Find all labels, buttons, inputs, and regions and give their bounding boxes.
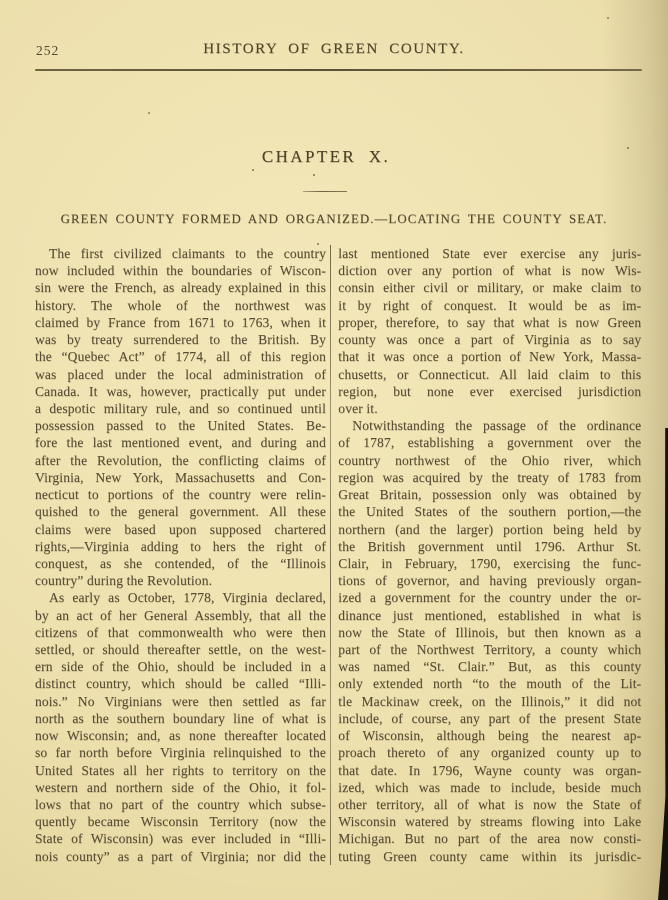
text-line: region was acquired by the treaty of 178… <box>338 469 641 486</box>
text-line: settled, or should thereafter settle, on… <box>35 641 326 658</box>
left-column: The first civilized claimants to the cou… <box>35 245 326 865</box>
text-line: was by treaty surrendered to the British… <box>35 331 326 348</box>
text-line: As early as October, 1778, Virginia decl… <box>35 589 326 606</box>
text-line: ized, which was made to include, beside … <box>338 779 641 796</box>
text-line: northern (and the larger) portion being … <box>338 521 641 538</box>
text-line: only extended north “to the mouth of the… <box>338 675 641 692</box>
text-line: necticut to portions of the country were… <box>35 486 326 503</box>
text-line: chusetts, or Connecticut. All laid claim… <box>338 366 641 383</box>
text-line: dinance just mentioned, established in w… <box>338 607 641 624</box>
text-line: citizens of that commonwealth who were t… <box>35 624 326 641</box>
text-line: quently became Wisconsin Territory (now … <box>35 813 326 830</box>
text-line: the British government until 1796. Arthu… <box>338 538 641 555</box>
text-line: a despotic military rule, and so continu… <box>35 400 326 417</box>
text-line: Virginia, New York, Massachusetts and Co… <box>35 469 326 486</box>
text-line: quished to the general government. All t… <box>35 503 326 520</box>
text-line: fore the last mentioned event, and durin… <box>35 434 326 451</box>
scan-speck <box>252 169 254 171</box>
section-heading: GREEN COUNTY FORMED AND ORGANIZED.—LOCAT… <box>8 212 660 227</box>
running-head: HISTORY OF GREEN COUNTY. <box>0 41 668 58</box>
scan-speck <box>148 112 150 114</box>
text-line: distinct country, which should be called… <box>35 675 326 692</box>
text-line: tions of governor, and having previously… <box>338 572 641 589</box>
text-line: over it. <box>338 400 641 417</box>
text-line: proach thereto of any organized county u… <box>338 744 641 761</box>
text-line: proper, therefore, to say that what is n… <box>338 314 641 331</box>
scan-speck <box>607 17 609 19</box>
text-line: possession passed to the United States. … <box>35 417 326 434</box>
text-line: diction over any portion of what is now … <box>338 262 641 279</box>
chapter-rule <box>303 191 347 192</box>
text-line: was placed under the local administratio… <box>35 366 326 383</box>
text-line: State of Wisconsin) was ever included in… <box>35 830 326 847</box>
text-line: it by right of conquest. It would be as … <box>338 297 641 314</box>
text-line: other territory, all of what is now the … <box>338 796 641 813</box>
scan-edge-tear <box>658 428 668 900</box>
text-line: north as the southern boundary line of w… <box>35 710 326 727</box>
text-line: The first civilized claimants to the cou… <box>35 245 326 262</box>
right-column: last mentioned State ever exercise any j… <box>338 245 641 865</box>
text-line: nois county” as a part of Virginia; nor … <box>35 848 326 865</box>
text-line: consin either civil or military, or make… <box>338 279 641 296</box>
text-line: Notwithstanding the passage of the ordin… <box>338 417 641 434</box>
text-line: western and northern side of the Ohio, i… <box>35 779 326 796</box>
text-line: of Wisconsin, although being the nearest… <box>338 727 641 744</box>
text-line: claims were based upon supposed chartere… <box>35 521 326 538</box>
text-line: lows that no part of the country which s… <box>35 796 326 813</box>
text-line: history. The whole of the northwest was <box>35 297 326 314</box>
text-line: that it was once a portion of New York, … <box>338 348 641 365</box>
text-line: Great Britain, possession only was obtai… <box>338 486 641 503</box>
scan-speck <box>317 243 319 245</box>
text-line: the “Quebec Act” of 1774, all of this re… <box>35 348 326 365</box>
text-line: so far north before Virginia relinquishe… <box>35 744 326 761</box>
text-line: ized a government for the country under … <box>338 589 641 606</box>
text-line: now the State of Illinois, but then know… <box>338 624 641 641</box>
text-line: country” during the Revolution. <box>35 572 326 589</box>
text-line: was named “St. Clair.” But, as this coun… <box>338 658 641 675</box>
text-line: rights,—Virginia adding to hers the righ… <box>35 538 326 555</box>
text-line: claimed by France from 1671 to 1763, whe… <box>35 314 326 331</box>
header-rule <box>35 69 642 71</box>
text-line: United States all her rights to territor… <box>35 762 326 779</box>
text-line: part of the Northwest Territory, a count… <box>338 641 641 658</box>
text-line: the United States of the southern portio… <box>338 503 641 520</box>
text-line: now included within the boundaries of Wi… <box>35 262 326 279</box>
text-line: country northwest of the Ohio river, whi… <box>338 452 641 469</box>
text-line: tuting Green county came within its juri… <box>338 848 641 865</box>
text-line: by an act of her General Assembly, that … <box>35 607 326 624</box>
chapter-heading: CHAPTER X. <box>0 147 652 167</box>
two-column-body: The first civilized claimants to the cou… <box>35 245 642 865</box>
text-line: region, but none ever exercised jurisdic… <box>338 383 641 400</box>
text-line: conquest, as she contended, of the “Illi… <box>35 555 326 572</box>
text-line: tle Mackinaw creek, on the Illinois,” it… <box>338 693 641 710</box>
text-line: ern side of the Ohio, should be included… <box>35 658 326 675</box>
text-line: of 1787, establishing a government over … <box>338 434 641 451</box>
text-line: Canada. It was, however, practically put… <box>35 383 326 400</box>
text-line: after the Revolution, the conflicting cl… <box>35 452 326 469</box>
text-line: Michigan. But no part of the area now co… <box>338 830 641 847</box>
text-line: last mentioned State ever exercise any j… <box>338 245 641 262</box>
scan-speck <box>313 174 315 176</box>
text-line: nois.” No Virginians were then settled a… <box>35 693 326 710</box>
column-divider <box>330 245 331 865</box>
text-line: Clair, in February, 1790, exercising the… <box>338 555 641 572</box>
text-line: include, of course, any part of the pres… <box>338 710 641 727</box>
text-line: that date. In 1796, Wayne county was org… <box>338 762 641 779</box>
text-line: now Wisconsin; and, as none thereafter l… <box>35 727 326 744</box>
text-line: sin were the French, as already explaine… <box>35 279 326 296</box>
text-line: Wisconsin watered by streams flowing int… <box>338 813 641 830</box>
text-line: county was once a part of Virginia as to… <box>338 331 641 348</box>
scan-speck <box>627 147 629 149</box>
